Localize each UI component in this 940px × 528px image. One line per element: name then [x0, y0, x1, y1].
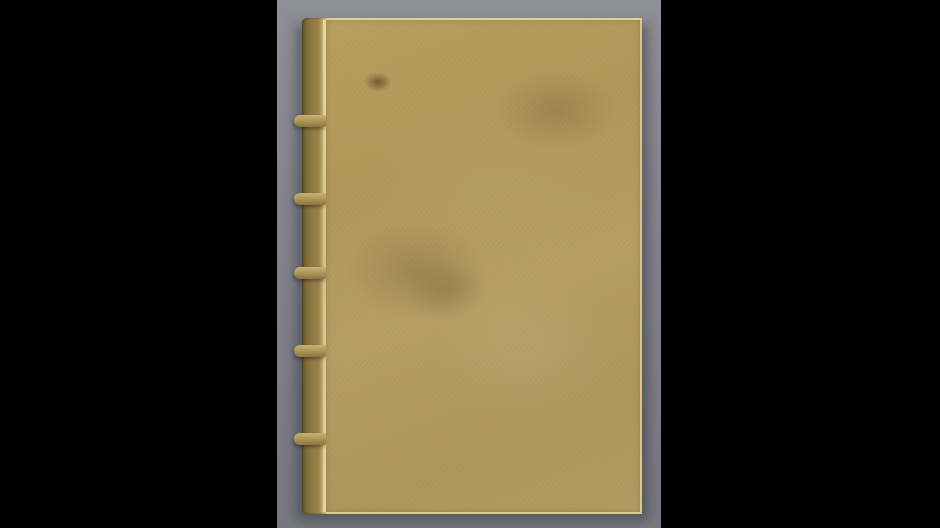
- spine-raised-band-1: [294, 115, 326, 127]
- spine-raised-band-4: [294, 345, 326, 357]
- spine-raised-band-2: [294, 193, 326, 205]
- vellum-texture: [326, 20, 640, 512]
- photo-frame: [0, 0, 940, 528]
- book: [302, 18, 642, 514]
- book-front-cover: [326, 18, 642, 514]
- spine-raised-band-3: [294, 267, 326, 279]
- spine-raised-band-5: [294, 433, 326, 445]
